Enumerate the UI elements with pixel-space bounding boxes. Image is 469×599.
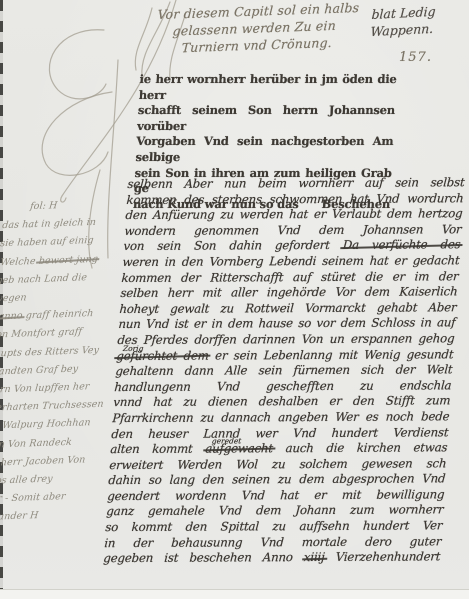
text-line: gefürchtet demZorig er sein Lebenlanng m… [116, 347, 454, 364]
text-line: handlungenn Vnd geschefften zu endschla [114, 378, 452, 395]
corner-note: blat LedigWappenn. [370, 1, 464, 40]
text-line: Vorgaben Vnd sein nachgestorben Am selbi… [135, 134, 394, 165]
folio-number: 157. [399, 50, 432, 65]
text-line: geendert wordenn Vnd hat er mit bewillig… [107, 487, 445, 504]
text-line: so kommt den Spittal zu auffsehn hundert… [105, 518, 443, 535]
inserted-correction: Zorig [122, 340, 144, 356]
text-line: selben herr mit aller ingehörde Vor dem … [120, 284, 458, 301]
text-line: schafft seinem Son herrn Johannsen vorüb… [137, 103, 396, 134]
text-line: ganz gemahele Vnd dem Johann zum wornher… [106, 503, 444, 520]
struck-text: bewort jung [38, 253, 98, 266]
text-line: erweitert Werden Wol zu solchem gewesen … [109, 456, 447, 473]
text-line: alten kommt aufgewachtgeredet auch die k… [110, 440, 448, 457]
text-line: kommen der Ritterschafft auf stüret die … [121, 269, 459, 286]
text-line: in der behausunng Vnd mortale dero guter [104, 534, 442, 551]
struck-text: anno [0, 311, 23, 323]
text-line: ie herr wornherr herüber in jm öden die … [138, 72, 397, 103]
text-line: vnnd hat zu dienen deshalben er den Stif… [113, 394, 451, 411]
struck-text: aufgewachtgeredet [205, 441, 274, 455]
manuscript-page: Vor diesem Capitl sol ein halbsgelassenn… [0, 0, 469, 599]
text-line: gegeben ist beschehen Anno xiiij Vierzeh… [103, 550, 441, 567]
text-line: kommen des sterbens schwommen hat Vnd wo… [126, 191, 464, 208]
marginal-notes: fol: Hdas hat in gleich insie haben auf … [0, 195, 126, 528]
text-line: von sein Son dahin gefordert Da verfücht… [123, 238, 461, 255]
text-line: dahin so lang den seinen zu dem abgespro… [108, 472, 446, 489]
text-line: Wappenn. [370, 18, 463, 40]
text-line: hie wunder H [0, 506, 93, 529]
header-instruction-note: Vor diesem Capitl sol ein halbsgelassenn… [155, 0, 396, 57]
text-line: gehaltenn dann Alle sein fürnemen sich d… [115, 362, 453, 379]
struck-text: Da verfüchte des [342, 238, 461, 253]
text-line: hoheyt gewalt zu Rottweil Vormarckt geha… [119, 300, 457, 317]
text-line: des Pferdes dorffen darinnen Von un ersp… [117, 331, 455, 348]
text-line: den heuser Lannd wer Vnd hundert Verdien… [111, 425, 449, 442]
inserted-correction: geredet [211, 434, 242, 450]
main-text-block: selbenn Aber nun beim wornherr auf sein … [103, 175, 465, 567]
struck-text: gefürchtet demZorig [116, 348, 209, 362]
struck-text: xiiij [303, 550, 325, 564]
text-line: geb nach Land die wegen [0, 268, 118, 309]
text-line: den Anfüerung zu werden hat er Verlaubt … [125, 206, 463, 223]
text-line: weren in den Vornberg Lebendi seinem hat… [122, 253, 460, 270]
page-bottom-edge [0, 589, 469, 599]
text-line: nun Vnd ist er in dem hause so vor dem S… [118, 316, 456, 333]
text-line: selbenn Aber nun beim wornherr auf sein … [127, 175, 465, 192]
text-line: Pfarrkirchenn zu dannach angeben Wer es … [112, 409, 450, 426]
